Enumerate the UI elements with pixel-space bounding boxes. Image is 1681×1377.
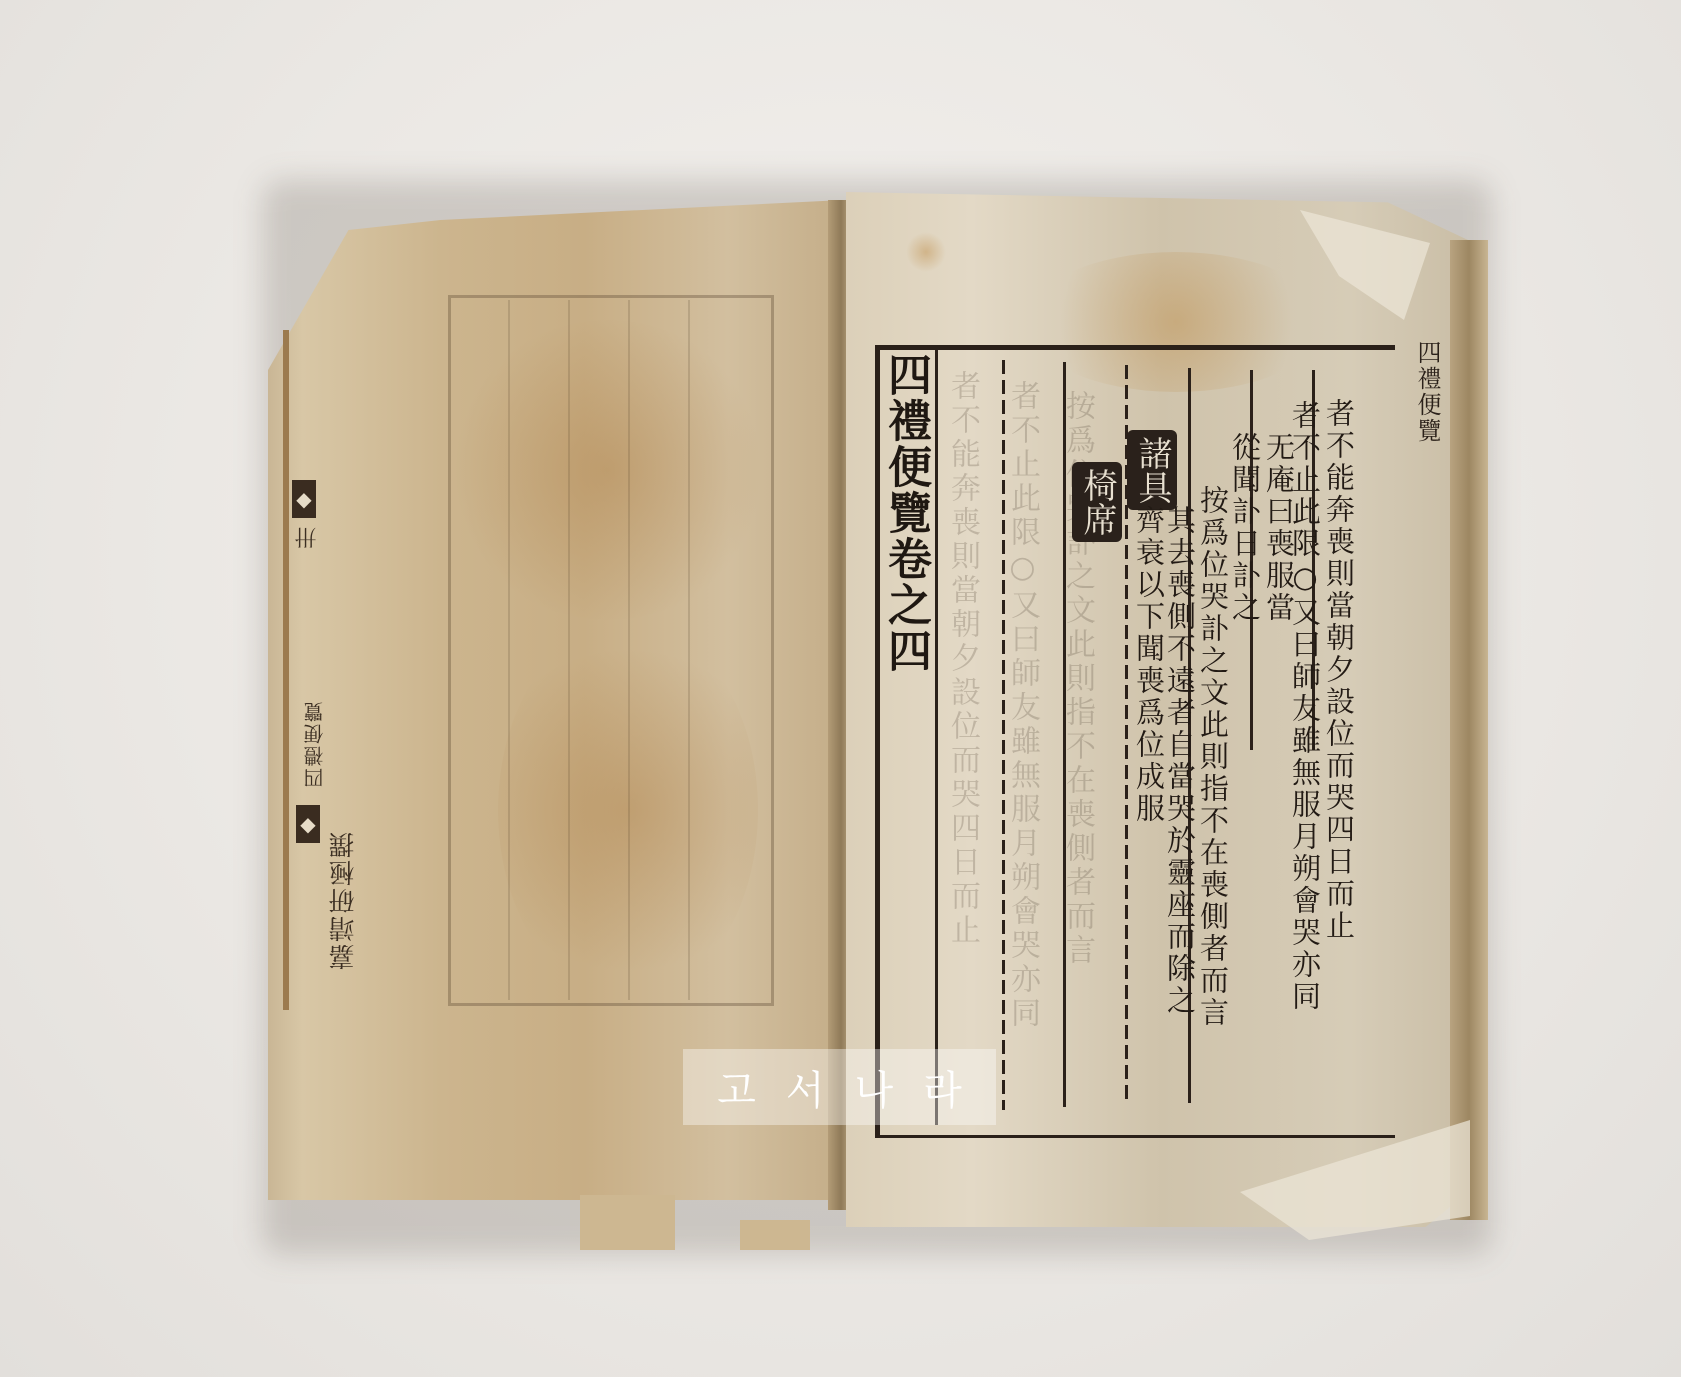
- text-column: 從聞訃日訃之: [1228, 432, 1262, 624]
- text-column: 者不能奔喪則當朝夕設位而哭四日而止: [1322, 398, 1356, 942]
- section-label-box: 椅席: [1072, 462, 1122, 542]
- text-column: 无庵曰喪服當: [1262, 432, 1296, 624]
- bleed-through-rule: [628, 300, 630, 1000]
- section-label-box: 諸具: [1127, 430, 1177, 510]
- watermark-text: 고서나라: [687, 1059, 992, 1116]
- spot-stain: [906, 232, 946, 272]
- bleed-through-rule: [688, 300, 690, 1000]
- column-rule: [1063, 362, 1066, 1107]
- page-title: 四禮便覽卷之四: [880, 352, 930, 674]
- right-edge-title: 四禮便覽: [1410, 340, 1445, 444]
- text-column: 齊衰以下聞喪爲位成服: [1132, 505, 1166, 825]
- left-edge-marker: ◆: [296, 805, 320, 843]
- right-page-edge: [1450, 240, 1488, 1220]
- bleed-through-rule: [508, 300, 510, 1000]
- bleed-through-text: 者不止此限○又曰師友雖無服月朔會哭亦同: [1005, 380, 1039, 1031]
- left-edge-label: 四禮便覽: [300, 700, 329, 788]
- paper-tab: [740, 1220, 810, 1250]
- column-rule: [1002, 360, 1005, 1110]
- text-column: 按爲位哭訃之文此則指不在喪側者而言: [1196, 485, 1230, 1029]
- text-column: 其去喪側不遠者自當哭於靈座而除之: [1163, 505, 1197, 1017]
- book-photo: ◆ 卅 ◆ 嘉靖研極撰 四禮便覽 者不能奔喪則當朝夕設位而哭四日而止 者不止此限…: [0, 0, 1681, 1377]
- bleed-through-frame: [448, 295, 774, 1006]
- bleed-through-rule: [568, 300, 570, 1000]
- left-edge-text-top: 卅: [292, 525, 323, 549]
- left-edge-marker: ◆: [292, 480, 316, 518]
- column-rule: [935, 350, 938, 1125]
- bleed-through-text: 者不能奔喪則當朝夕設位而哭四日而止: [945, 370, 979, 948]
- watermark: 고서나라: [683, 1049, 996, 1125]
- left-edge-text-bottom: 嘉靖研極撰: [325, 830, 362, 970]
- paper-tab: [580, 1195, 675, 1250]
